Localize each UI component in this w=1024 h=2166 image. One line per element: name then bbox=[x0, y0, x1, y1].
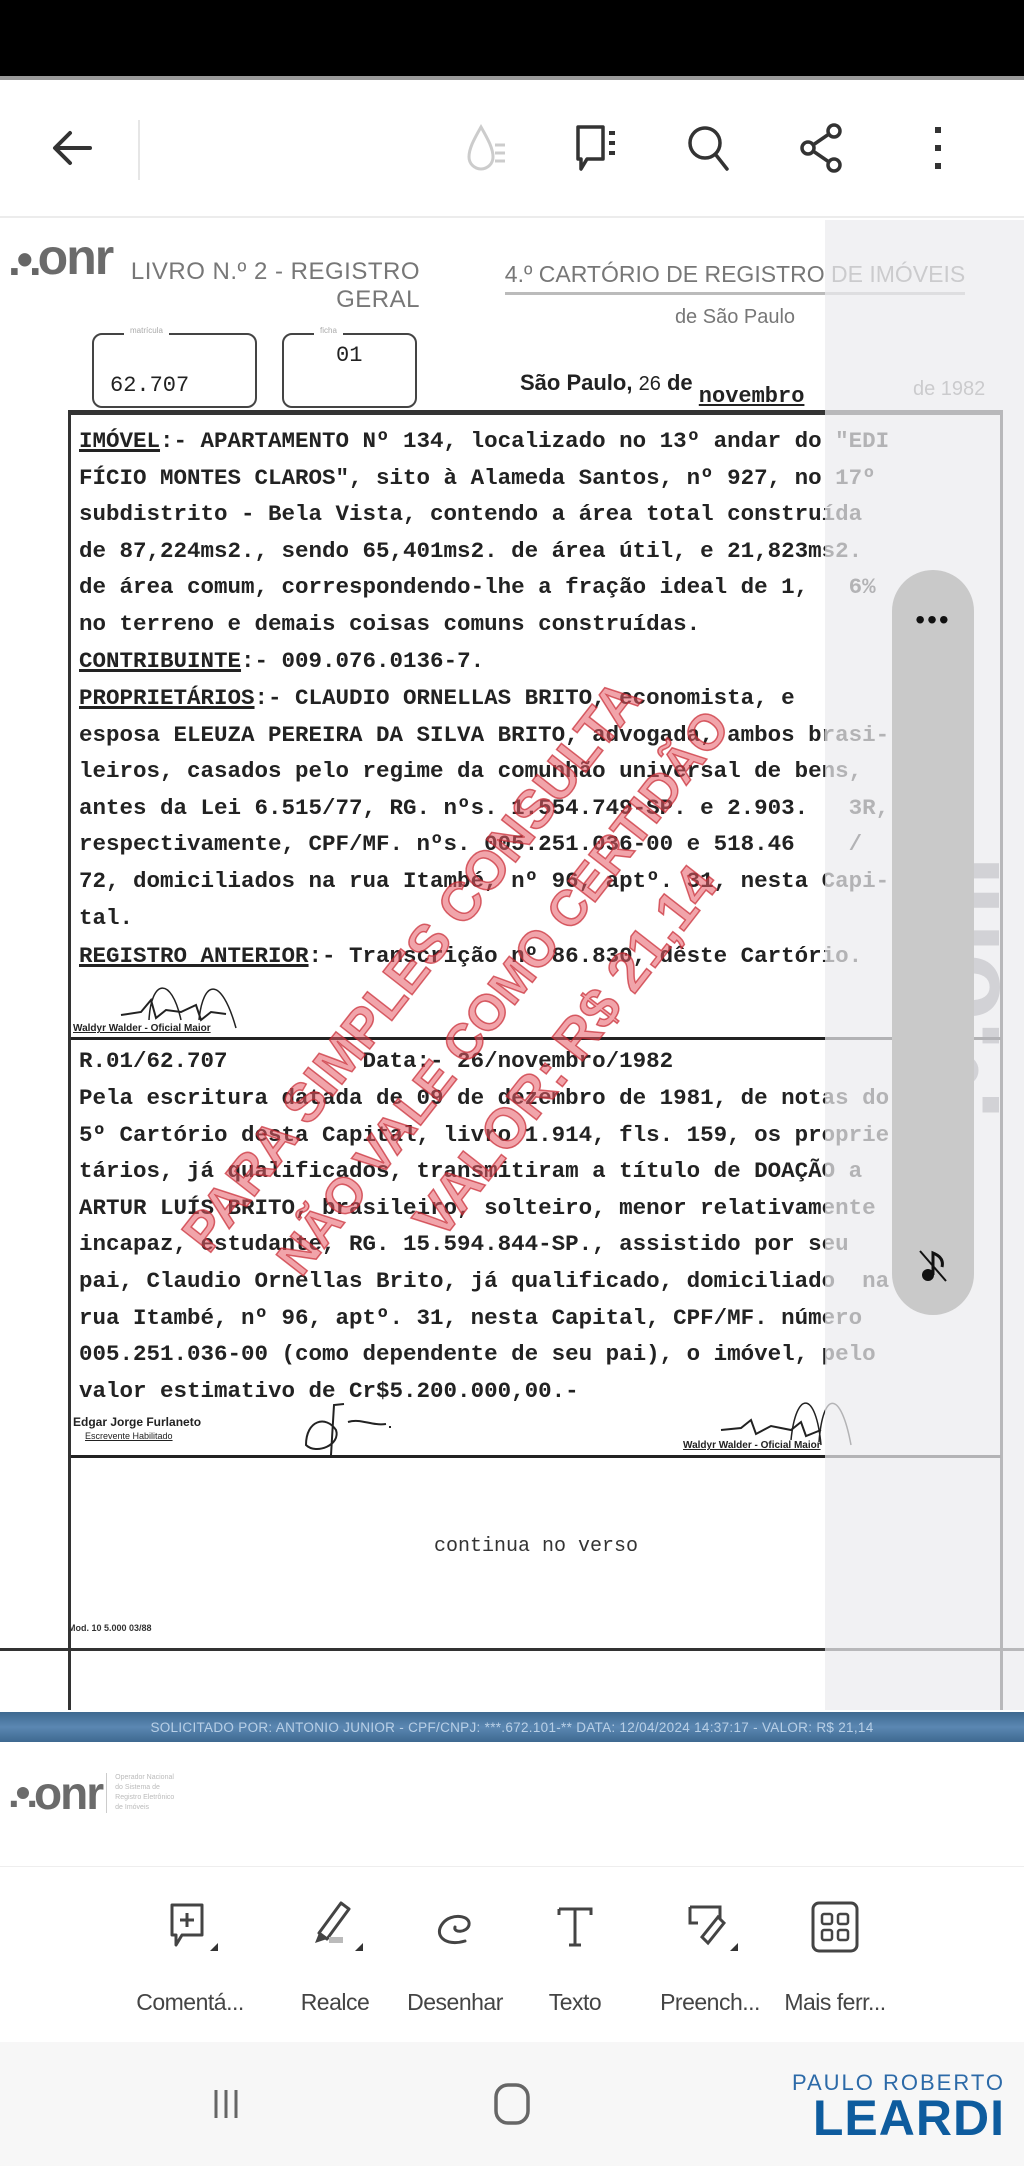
document-line: no terreno e demais coisas comuns constr… bbox=[79, 606, 889, 643]
app-bar-divider bbox=[138, 120, 140, 180]
search-icon bbox=[685, 121, 735, 175]
r01-header: R.01/62.707 Data:- 26/novembro/1982 bbox=[79, 1043, 673, 1080]
document-line: subdistrito - Bela Vista, contendo a áre… bbox=[79, 496, 889, 533]
arrow-left-icon bbox=[50, 128, 94, 168]
more-options-button[interactable] bbox=[900, 110, 976, 186]
document-viewer[interactable]: .•. onr LIVRO N.º 2 - REGISTRO GERAL 4.º… bbox=[0, 220, 1024, 1710]
freehand-draw-icon bbox=[425, 1897, 485, 1957]
text-icon bbox=[545, 1897, 605, 1957]
document-line: antes da Lei 6.515/77, RG. nºs. 1.554.74… bbox=[79, 790, 889, 827]
back-button[interactable] bbox=[34, 110, 110, 186]
signature-left bbox=[286, 1400, 426, 1460]
document-line: ARTUR LUÍS BRITO, brasileiro, solteiro, … bbox=[79, 1190, 889, 1227]
document-line: respectivamente, CPF/MF. nºs. 005.251.03… bbox=[79, 826, 889, 863]
imovel-section: IMÓVEL:- APARTAMENTO Nº 134, localizado … bbox=[79, 423, 889, 643]
document-line: esposa ELEUZA PEREIRA DA SILVA BRITO, ad… bbox=[79, 717, 889, 754]
tool-more[interactable]: Mais ferr... bbox=[760, 1895, 910, 2016]
document-line: de área comum, correspondendo-lhe a fraç… bbox=[79, 569, 889, 606]
recents-button[interactable] bbox=[186, 2072, 266, 2136]
r01-body: Pela escritura datada de 09 de dezembro … bbox=[79, 1080, 889, 1409]
document-line: tários, já qualificados, transmitiram a … bbox=[79, 1153, 889, 1190]
app-bar bbox=[0, 80, 1024, 218]
signer-right-label: Waldyr Walder - Oficial Maior bbox=[683, 1440, 821, 1451]
document-line: tal. bbox=[79, 900, 889, 937]
fill-sign-icon bbox=[680, 1897, 740, 1957]
home-icon bbox=[492, 2081, 532, 2127]
home-button[interactable] bbox=[472, 2072, 552, 2136]
status-bar bbox=[0, 0, 1024, 76]
comment-add-icon bbox=[160, 1897, 220, 1957]
tool-comment[interactable]: Comentá... bbox=[115, 1895, 265, 2016]
grid-apps-icon bbox=[805, 1897, 865, 1957]
onr-logo: .•. onr bbox=[8, 232, 112, 282]
reading-mode-button[interactable] bbox=[448, 110, 524, 186]
search-button[interactable] bbox=[672, 110, 748, 186]
share-button[interactable] bbox=[784, 110, 860, 186]
document-line: FÍCIO MONTES CLAROS", sito à Alameda San… bbox=[79, 460, 889, 497]
document-line: rua Itambé, nº 96, aptº. 31, nesta Capit… bbox=[79, 1300, 889, 1337]
livro-header: LIVRO N.º 2 - REGISTRO GERAL bbox=[100, 258, 420, 314]
share-icon bbox=[796, 121, 848, 175]
onr-logo-next-page: .•. onr Operador Nacional do Sistema de … bbox=[8, 1770, 176, 1816]
form-model-text: Mod. 10 5.000 03/88 bbox=[68, 1623, 152, 1633]
highlighter-icon bbox=[305, 1897, 365, 1957]
proprietarios-section: PROPRIETÁRIOS:- CLAUDIO ORNELLAS BRITO, … bbox=[79, 680, 889, 936]
fast-scroll-handle[interactable]: ••• bbox=[892, 570, 974, 1315]
recents-icon bbox=[211, 2084, 241, 2124]
document-line: leiros, casados pelo regime da comunhão … bbox=[79, 753, 889, 790]
tool-text[interactable]: Texto bbox=[500, 1895, 650, 2016]
document-line: incapaz, estudante, RG. 15.594.844-SP., … bbox=[79, 1226, 889, 1263]
reading-mode-icon bbox=[463, 121, 509, 175]
document-line: de 87,224ms2., sendo 65,401ms2. de área … bbox=[79, 533, 889, 570]
brand-logo: PAULO ROBERTO LEARDI bbox=[785, 2070, 1005, 2140]
signature-top bbox=[111, 970, 291, 1030]
signer-left-role: Escrevente Habilitado bbox=[85, 1431, 173, 1441]
handle-dots: ••• bbox=[892, 610, 974, 630]
place-date: São Paulo, 26 de novembro bbox=[520, 370, 804, 397]
annotation-toolbar: Comentá... Realce Desenhar Texto Preench… bbox=[0, 1866, 1024, 2042]
signer-top-label: Waldyr Walder - Oficial Maior bbox=[73, 1023, 211, 1034]
document-line: pai, Claudio Ornellas Brito, já qualific… bbox=[79, 1263, 889, 1300]
ficha-field: ficha 01 bbox=[282, 333, 417, 408]
more-vert-icon bbox=[932, 123, 944, 173]
document-line: 72, domiciliados na rua Itambé, nº 96, a… bbox=[79, 863, 889, 900]
matricula-field: matrícula 62.707 bbox=[92, 333, 257, 408]
comments-list-button[interactable] bbox=[560, 110, 636, 186]
contribuinte-section: CONTRIBUINTE:- 009.076.0136-7. bbox=[79, 643, 484, 680]
system-nav-bar: PAULO ROBERTO LEARDI bbox=[0, 2042, 1024, 2166]
document-line: Pela escritura datada de 09 de dezembro … bbox=[79, 1080, 889, 1117]
request-banner: SOLICITADO POR: ANTONIO JUNIOR - CPF/CNP… bbox=[0, 1712, 1024, 1742]
comments-list-icon bbox=[573, 121, 623, 175]
document-line: 005.251.036-00 (como dependente de seu p… bbox=[79, 1336, 889, 1373]
signer-left-name: Edgar Jorge Furlaneto bbox=[73, 1415, 201, 1429]
note-off-icon bbox=[916, 1245, 950, 1285]
document-line: 5º Cartório desta Capital, livro 1.914, … bbox=[79, 1117, 889, 1154]
